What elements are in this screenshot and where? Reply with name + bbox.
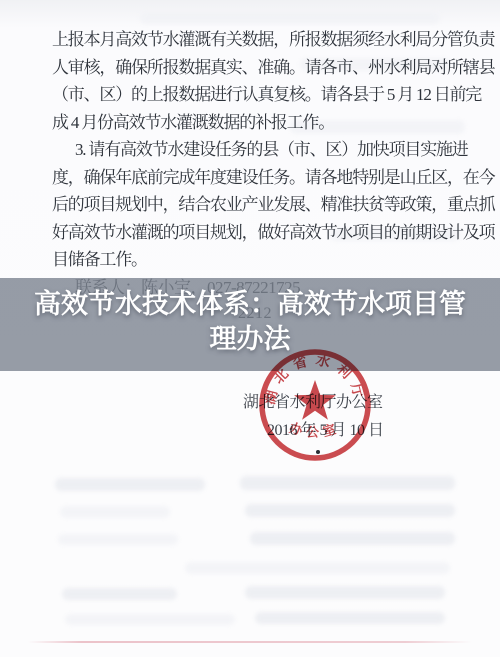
body-text-line: 好高效节水灌溉的项目规划，做好高效节水项目的前期设计及项 xyxy=(52,219,466,247)
overlay-title-line1: 高效节水技术体系：高效节水项目管 xyxy=(0,287,500,322)
body-text-line: 3. 请有高效节水建设任务的县（市、区）加快项目实施进 xyxy=(52,136,466,164)
bleedthrough-smudge xyxy=(140,12,440,24)
body-text-line: 后的项目规划中，结合农业产业发展、精准扶贫等政策，重点抓 xyxy=(52,191,466,219)
seal-bottom-text: 办公室 xyxy=(288,420,342,439)
bleedthrough-smudge xyxy=(185,562,450,574)
bleedthrough-smudge xyxy=(65,614,235,625)
overlay-title-line2: 理办法 xyxy=(0,322,500,357)
bleedthrough-smudge xyxy=(245,504,455,517)
body-text-line: 度，确保年底前完成年度建设任务。请各地特别是山丘区，在今 xyxy=(52,164,466,192)
body-text-line: 成 4 月份高效节水灌溉数据的补报工作。 xyxy=(52,109,466,137)
bleedthrough-smudge xyxy=(60,506,170,518)
bleedthrough-smudge xyxy=(58,534,178,545)
official-seal: 湖北省水利厅 办公室 xyxy=(256,346,374,464)
bleedthrough-smudge xyxy=(240,476,455,490)
bleedthrough-smudge xyxy=(62,588,177,600)
bleedthrough-smudge xyxy=(250,532,455,545)
footer-line xyxy=(28,641,472,643)
body-text-line: （市、区）的上报数据进行认真复核。请各县于 5 月 12 日前完 xyxy=(52,81,466,109)
bleedthrough-smudge xyxy=(245,586,445,599)
body-paragraph-2: 3. 请有高效节水建设任务的县（市、区）加快项目实施进 度，确保年底前完成年度建… xyxy=(52,136,466,274)
bleedthrough-smudge xyxy=(255,612,445,624)
body-text-line: 上报本月高效节水灌溉有关数据，所报数据须经水利局分管负责 xyxy=(52,26,466,54)
bleedthrough-smudge xyxy=(55,478,205,491)
scanned-document-page: 上报本月高效节水灌溉有关数据，所报数据须经水利局分管负责 人审核，确保所报数据真… xyxy=(0,0,500,657)
overlay-title: 高效节水技术体系：高效节水项目管 理办法 xyxy=(0,287,500,357)
body-text-line: 人审核，确保所报数据真实、准确。请各市、州水利局对所辖县 xyxy=(52,54,466,82)
body-paragraph-1: 上报本月高效节水灌溉有关数据，所报数据须经水利局分管负责 人审核，确保所报数据真… xyxy=(52,26,466,136)
seal-star-icon xyxy=(294,380,336,420)
body-text-line: 目储备工作。 xyxy=(52,246,466,274)
